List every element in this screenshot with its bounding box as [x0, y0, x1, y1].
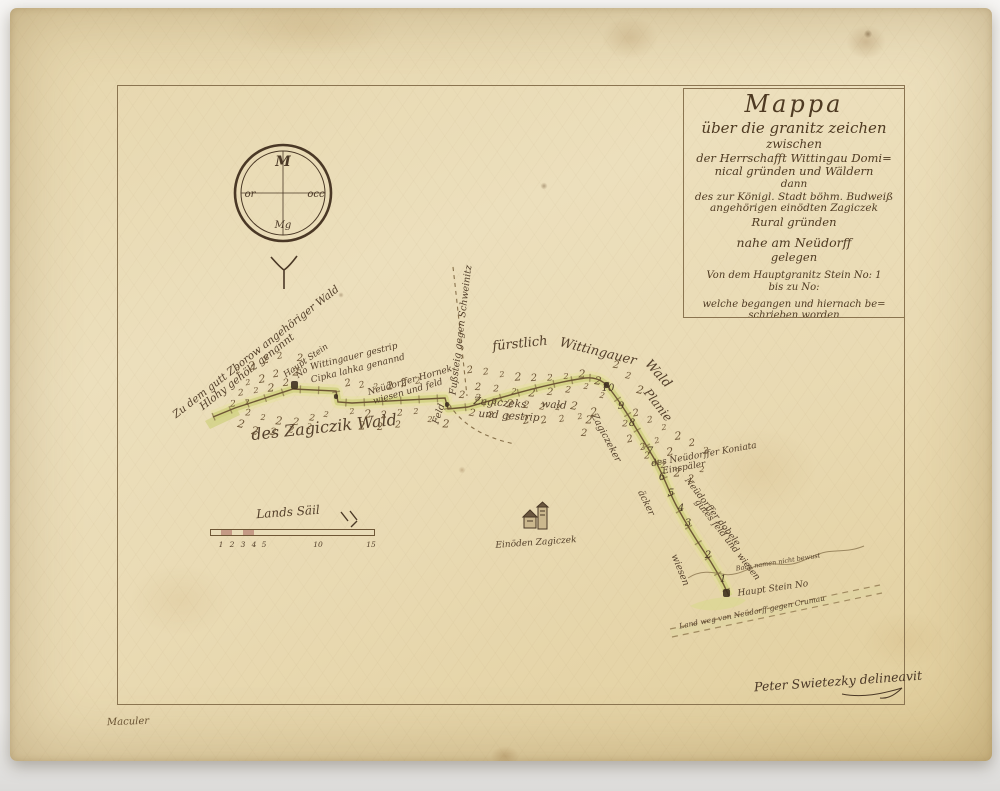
- tree-mark: 2: [358, 381, 365, 391]
- tree-mark: 2: [364, 408, 372, 420]
- tree-mark: 2: [466, 366, 474, 377]
- cartouche-line: zwischen: [684, 138, 904, 151]
- tree-mark: 2: [230, 400, 236, 409]
- cartouche-line: schrieben worden: [684, 310, 904, 318]
- boundary-stone: [723, 589, 730, 597]
- tree-mark: 2: [528, 387, 536, 398]
- tree-mark: 2: [276, 352, 283, 362]
- cartouche-line: dann: [684, 179, 904, 191]
- tree-mark: 2: [413, 408, 419, 416]
- tree-mark: 2: [287, 426, 294, 436]
- tree-mark: 2: [531, 374, 538, 384]
- tree-mark: 2: [565, 386, 572, 396]
- tree-mark: 2: [253, 387, 259, 395]
- scalebar-tick: 4: [252, 540, 257, 549]
- tree-mark: 2: [238, 389, 245, 399]
- cartouche-line: gelegen: [684, 251, 904, 264]
- tree-mark: 2: [661, 424, 667, 433]
- stone-number: 3: [685, 519, 691, 529]
- cartouche-line: Mappa: [684, 91, 904, 118]
- scalebar: [210, 529, 375, 536]
- title-cartouche: Mappaüber die granitz zeichenzwischender…: [683, 88, 905, 318]
- tree-mark: 2: [506, 398, 514, 410]
- tree-mark: 2: [272, 370, 280, 381]
- scalebar-tick: 3: [241, 540, 246, 549]
- stone-number: 7: [647, 447, 653, 457]
- scalebar-segment: [221, 530, 232, 535]
- boundary-stone: [291, 381, 298, 389]
- tree-mark: 2: [349, 408, 355, 417]
- cartouche-line: welche begangen und hiernach be=: [684, 299, 904, 310]
- tree-mark: 2: [475, 383, 482, 393]
- map-sheet-scan: M or occ Mg Mappaüber die granitz zeiche…: [0, 0, 1000, 791]
- tree-mark: 2: [475, 394, 481, 403]
- scalebar-tick: 10: [313, 540, 323, 549]
- tree-mark: 2: [275, 415, 283, 426]
- tree-mark: 2: [297, 354, 304, 364]
- tree-mark: 2: [395, 422, 401, 431]
- tree-mark: 2: [546, 388, 553, 399]
- tree-mark: 2: [491, 398, 497, 406]
- tree-mark: 2: [688, 439, 695, 450]
- boundary-stone: [334, 394, 338, 399]
- tree-mark: 2: [415, 377, 422, 387]
- tree-mark: 2: [283, 379, 290, 389]
- cartouche-line: angehörigen einödten Zagiczek: [684, 203, 904, 215]
- cartouche-line: über die granitz zeichen: [684, 120, 904, 137]
- cartouche-line: Von dem Hauptgranitz Stein No: 1: [684, 270, 904, 281]
- tree-mark: 2: [293, 367, 300, 378]
- tree-mark: 2: [323, 411, 329, 420]
- tree-mark: 2: [397, 409, 403, 418]
- tree-mark: 2: [579, 369, 586, 380]
- tree-mark: 2: [547, 374, 553, 383]
- tree-mark: 2: [442, 418, 449, 429]
- tree-mark: 2: [377, 423, 384, 433]
- tree-mark: 2: [563, 373, 568, 381]
- stone-number: 6: [659, 473, 665, 483]
- scalebar-tick: 2: [230, 540, 235, 549]
- stone-number: 2: [705, 551, 711, 561]
- stone-number: 1: [720, 575, 726, 585]
- tree-mark: 2: [703, 447, 709, 456]
- scalebar-tick: 5: [262, 540, 267, 549]
- boundary-stone: [604, 382, 609, 388]
- cartouche-line: Rural gründen: [684, 216, 904, 229]
- stone-number: 8: [629, 419, 635, 429]
- tree-mark: 2: [245, 379, 251, 388]
- tree-mark: 2: [522, 401, 530, 412]
- cartouche-line: nical gründen und Wäldern: [684, 165, 904, 178]
- scalebar-tick: 1: [219, 540, 224, 549]
- stone-number: 5: [668, 489, 674, 499]
- tree-mark: 2: [483, 368, 490, 378]
- tree-mark: 2: [585, 414, 592, 425]
- cartouche-text: Mappaüber die granitz zeichenzwischender…: [684, 91, 904, 318]
- tree-mark: 2: [511, 388, 517, 396]
- tree-mark: 2: [459, 391, 466, 401]
- tree-mark: 2: [427, 416, 432, 424]
- tree-mark: 2: [577, 413, 583, 422]
- tree-mark: 2: [673, 467, 680, 478]
- tree-mark: 2: [622, 420, 628, 429]
- tree-mark: 2: [647, 416, 654, 426]
- boundary-stone: [445, 402, 449, 407]
- corner-note: Maculer: [107, 716, 149, 728]
- tree-mark: 2: [358, 420, 365, 431]
- tree-mark: 2: [688, 475, 695, 485]
- tree-mark: 2: [660, 462, 666, 470]
- tree-mark: 2: [267, 382, 275, 393]
- cartouche-line: nahe am Neüdorff: [684, 236, 904, 250]
- scalebar-tick: 15: [366, 540, 376, 549]
- tree-mark: 2: [258, 373, 266, 385]
- tree-mark: 2: [260, 414, 266, 422]
- cartouche-line: bis zu No:: [684, 282, 904, 293]
- stone-number: 4: [678, 504, 684, 514]
- tree-mark: 2: [674, 430, 682, 442]
- tree-mark: 2: [245, 409, 251, 418]
- tree-mark: 2: [539, 403, 546, 413]
- tree-mark: 2: [583, 383, 589, 392]
- tree-mark: 2: [499, 371, 505, 379]
- tree-mark: 2: [558, 415, 565, 425]
- tree-mark: 2: [380, 411, 387, 422]
- tree-mark: 2: [699, 466, 704, 474]
- tree-mark: 2: [581, 429, 588, 439]
- stone-number: 9: [618, 402, 624, 412]
- tree-mark: 2: [400, 379, 408, 390]
- tree-mark: 2: [244, 399, 249, 407]
- scalebar-segment: [243, 530, 254, 535]
- tree-mark: 2: [493, 385, 499, 394]
- tree-mark: 2: [514, 371, 522, 382]
- tree-mark: 2: [624, 372, 631, 382]
